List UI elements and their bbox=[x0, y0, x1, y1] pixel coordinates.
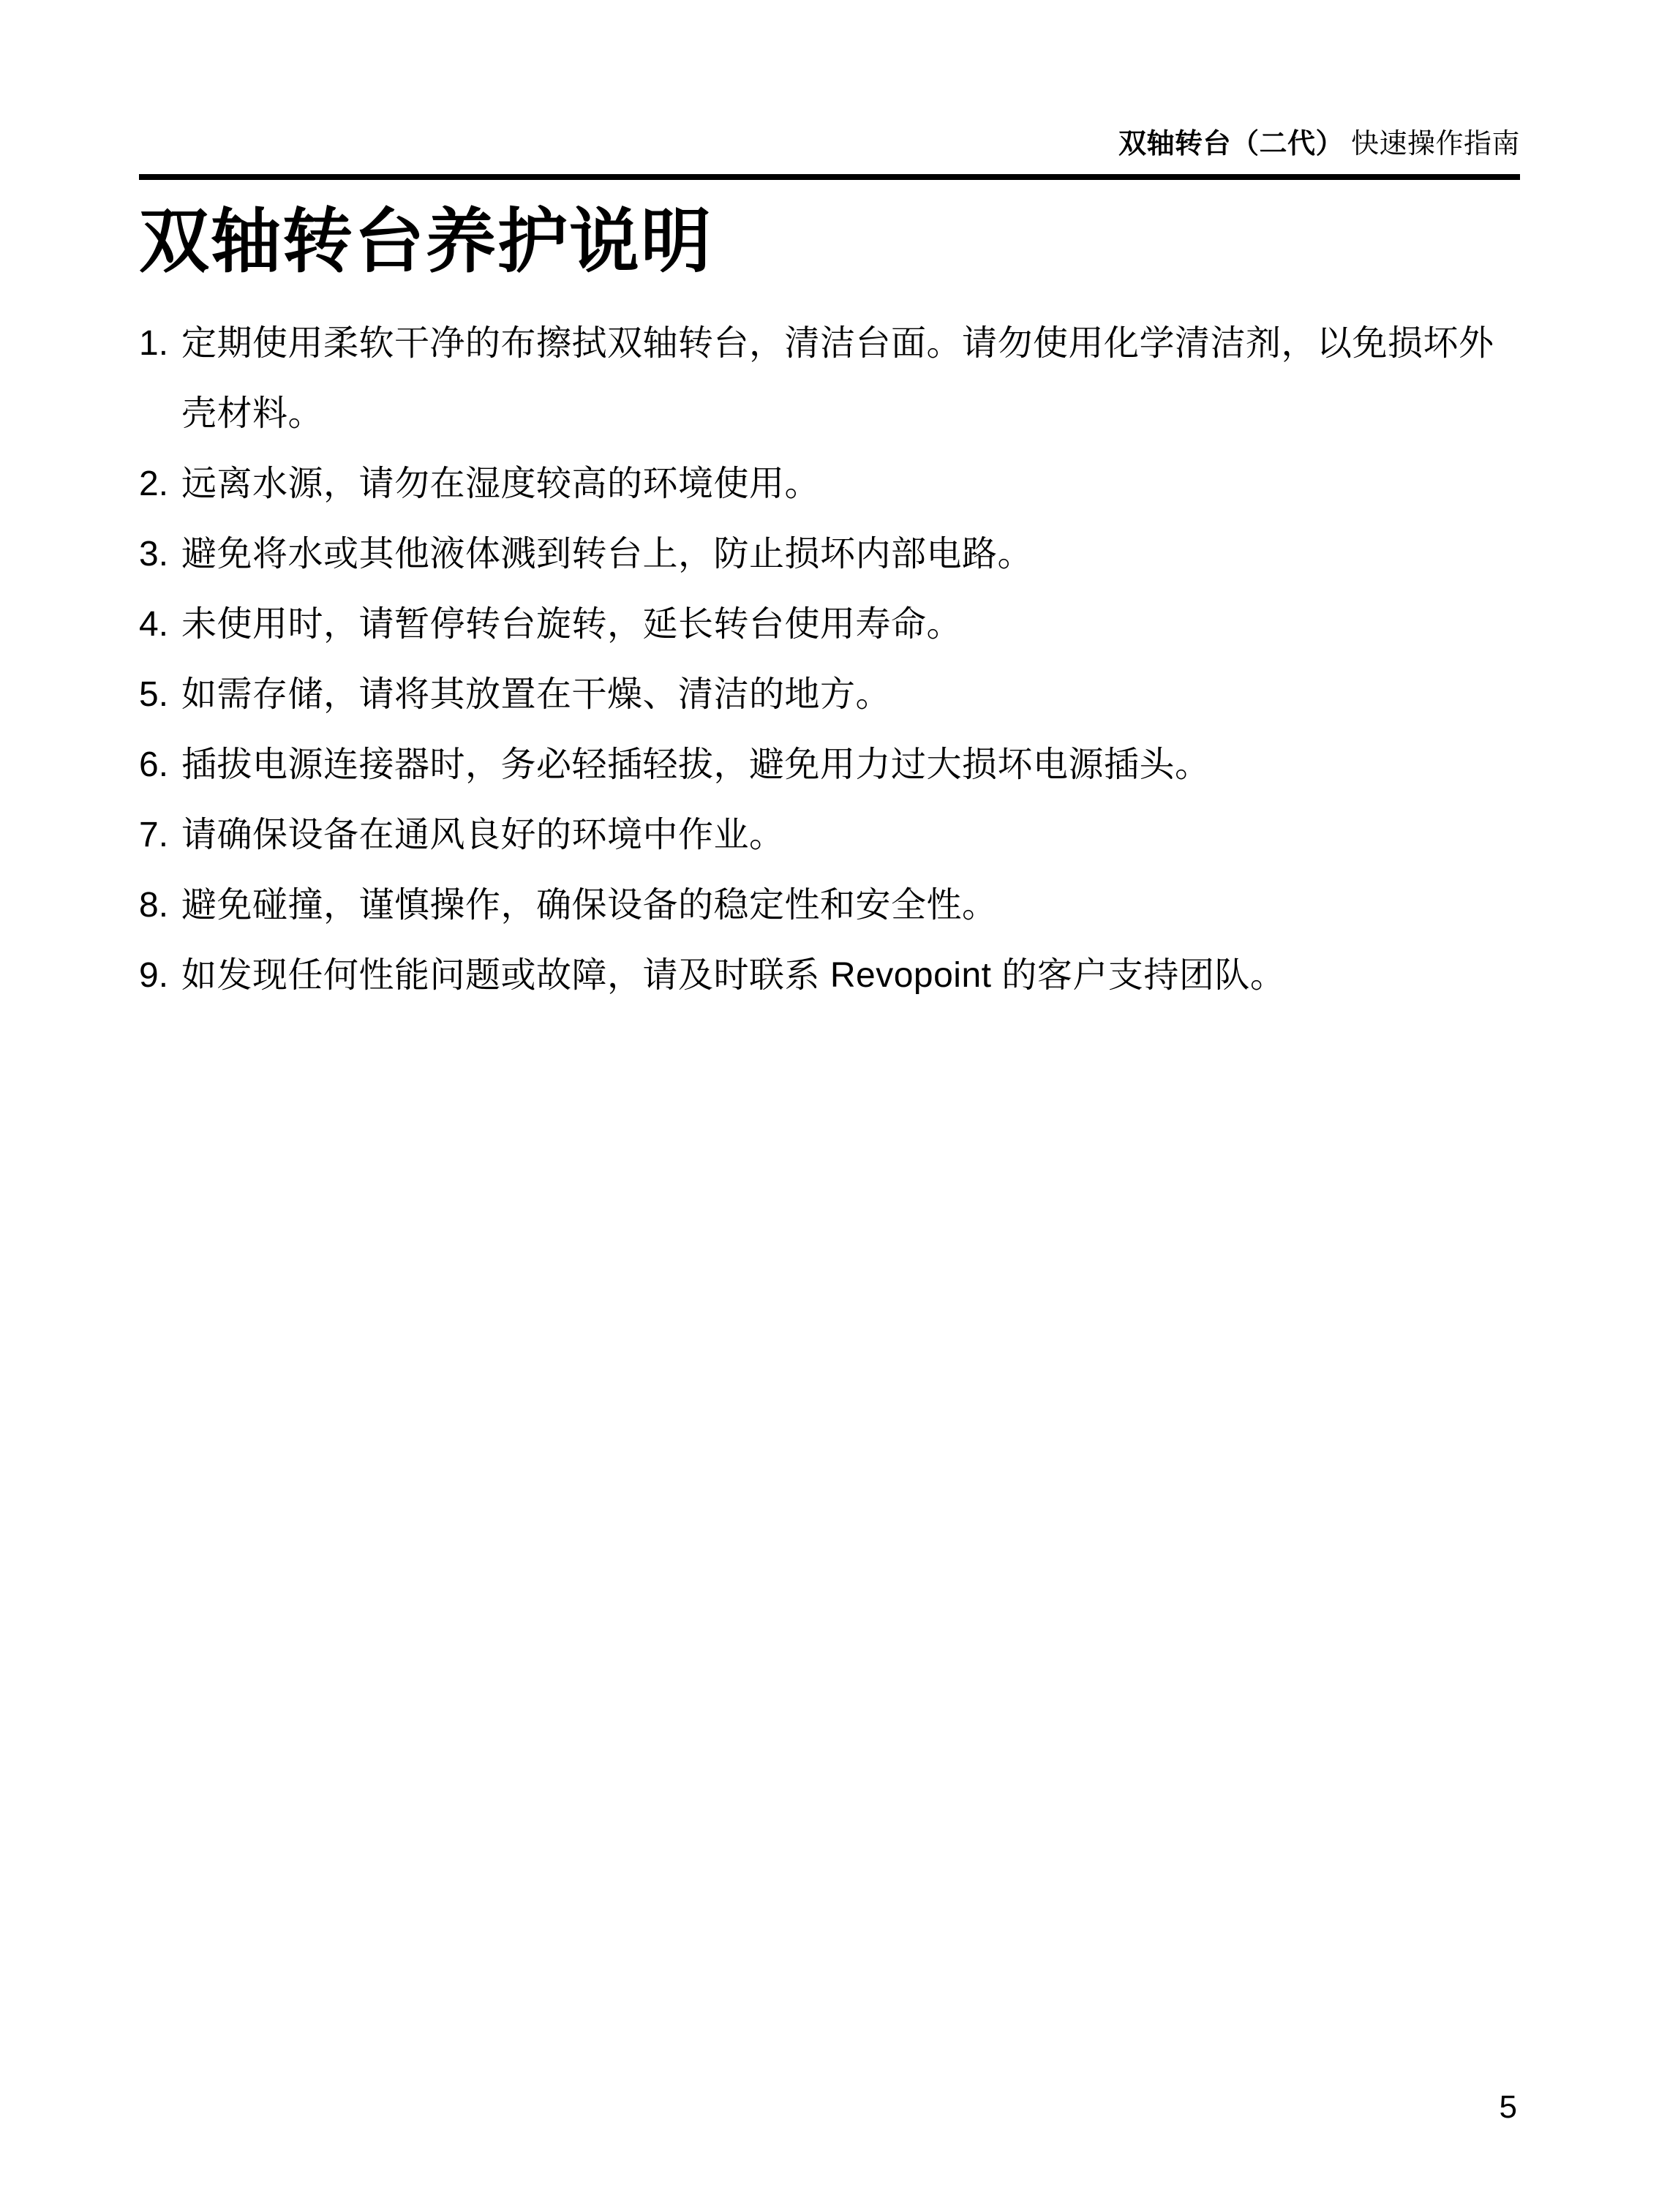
item-number: 4. bbox=[139, 590, 181, 660]
item-text: 远离水源，请勿在湿度较高的环境使用。 bbox=[181, 449, 1520, 519]
list-item: 7. 请确保设备在通风良好的环境中作业。 bbox=[139, 800, 1520, 870]
list-item: 4. 未使用时，请暂停转台旋转，延长转台使用寿命。 bbox=[139, 590, 1520, 660]
item-number: 6. bbox=[139, 730, 181, 800]
item-number: 7. bbox=[139, 800, 181, 870]
item-number: 3. bbox=[139, 519, 181, 590]
header-divider bbox=[139, 174, 1520, 180]
list-item: 6. 插拔电源连接器时，务必轻插轻拔，避免用力过大损坏电源插头。 bbox=[139, 730, 1520, 800]
list-item: 5. 如需存储，请将其放置在干燥、清洁的地方。 bbox=[139, 660, 1520, 730]
page-number: 5 bbox=[1500, 2089, 1517, 2126]
item-number: 1. bbox=[139, 309, 181, 379]
item-text: 避免将水或其他液体溅到转台上，防止损坏内部电路。 bbox=[181, 519, 1520, 590]
list-item: 3. 避免将水或其他液体溅到转台上，防止损坏内部电路。 bbox=[139, 519, 1520, 590]
item-number: 5. bbox=[139, 660, 181, 730]
list-item: 2. 远离水源，请勿在湿度较高的环境使用。 bbox=[139, 449, 1520, 519]
running-header: 双轴转台（二代）快速操作指南 bbox=[139, 124, 1520, 164]
page-content: 双轴转台（二代）快速操作指南 双轴转台养护说明 1. 定期使用柔软干净的布擦拭双… bbox=[0, 124, 1659, 1011]
list-item: 9. 如发现任何性能问题或故障，请及时联系 Revopoint 的客户支持团队。 bbox=[139, 941, 1520, 1011]
manual-page: 双轴转台（二代）快速操作指南 双轴转台养护说明 1. 定期使用柔软干净的布擦拭双… bbox=[0, 0, 1659, 2212]
item-text: 定期使用柔软干净的布擦拭双轴转台，清洁台面。请勿使用化学清洁剂，以免损坏外壳材料… bbox=[181, 309, 1520, 449]
running-header-product-name: 双轴转台（二代） bbox=[1118, 129, 1344, 159]
page-title: 双轴转台养护说明 bbox=[139, 202, 1520, 282]
item-number: 2. bbox=[139, 449, 181, 519]
maintenance-list: 1. 定期使用柔软干净的布擦拭双轴转台，清洁台面。请勿使用化学清洁剂，以免损坏外… bbox=[139, 309, 1520, 1011]
item-text: 如需存储，请将其放置在干燥、清洁的地方。 bbox=[181, 660, 1520, 730]
item-text: 插拔电源连接器时，务必轻插轻拔，避免用力过大损坏电源插头。 bbox=[181, 730, 1520, 800]
item-text: 请确保设备在通风良好的环境中作业。 bbox=[181, 800, 1520, 870]
item-text: 未使用时，请暂停转台旋转，延长转台使用寿命。 bbox=[181, 590, 1520, 660]
item-text: 避免碰撞，谨慎操作，确保设备的稳定性和安全性。 bbox=[181, 870, 1520, 941]
list-item: 1. 定期使用柔软干净的布擦拭双轴转台，清洁台面。请勿使用化学清洁剂，以免损坏外… bbox=[139, 309, 1520, 449]
list-item: 8. 避免碰撞，谨慎操作，确保设备的稳定性和安全性。 bbox=[139, 870, 1520, 941]
item-number: 8. bbox=[139, 870, 181, 941]
running-header-guide-name: 快速操作指南 bbox=[1351, 129, 1520, 159]
item-text: 如发现任何性能问题或故障，请及时联系 Revopoint 的客户支持团队。 bbox=[181, 941, 1520, 1011]
item-number: 9. bbox=[139, 941, 181, 1011]
